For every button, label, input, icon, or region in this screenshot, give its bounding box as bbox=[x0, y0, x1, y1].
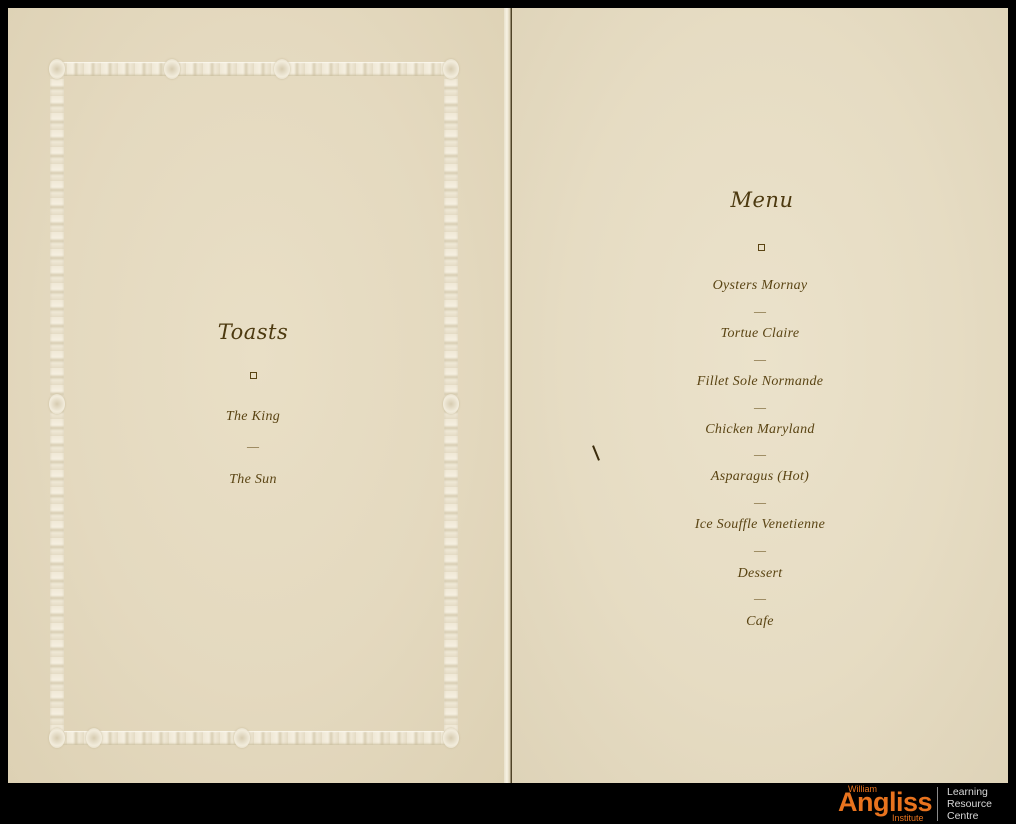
corner-rosette-icon bbox=[49, 59, 65, 79]
logo-institute-text: Institute bbox=[892, 813, 924, 823]
top-medallion-icon bbox=[164, 59, 180, 79]
menu-item: Fillet Sole Normande bbox=[512, 374, 1008, 390]
lrc-line: Learning bbox=[947, 786, 992, 798]
menu-item: Dessert bbox=[512, 566, 1008, 582]
toast-item: The Sun bbox=[4, 472, 502, 488]
lrc-line: Resource bbox=[947, 798, 992, 810]
corner-rosette-icon bbox=[49, 728, 65, 748]
square-ornament-icon bbox=[758, 244, 765, 251]
separator: — bbox=[4, 439, 502, 454]
toasts-heading: Toasts bbox=[4, 320, 502, 344]
menu-heading: Menu bbox=[514, 188, 1010, 212]
top-medallion-icon bbox=[274, 59, 290, 79]
toast-item: The King bbox=[4, 409, 502, 425]
menu-item: Cafe bbox=[512, 614, 1008, 630]
menu-item: Chicken Maryland bbox=[512, 422, 1008, 438]
separator: — bbox=[512, 304, 1008, 319]
separator: — bbox=[512, 543, 1008, 558]
menu-item: Ice Souffle Venetienne bbox=[512, 517, 1008, 533]
frame-top-border bbox=[50, 62, 458, 76]
learning-resource-centre-text: Learning Resource Centre bbox=[947, 786, 992, 822]
menu-item: Tortue Claire bbox=[512, 326, 1008, 342]
separator: — bbox=[512, 591, 1008, 606]
separator: — bbox=[512, 400, 1008, 415]
menu-card-spread: Toasts The King — The Sun Menu Oysters M… bbox=[8, 8, 1008, 783]
right-page-menu: Menu Oysters Mornay — Tortue Claire — Fi… bbox=[512, 8, 1008, 783]
lrc-line: Centre bbox=[947, 810, 992, 822]
menu-item: Asparagus (Hot) bbox=[512, 469, 1008, 485]
separator: — bbox=[512, 495, 1008, 510]
embossed-frame bbox=[50, 62, 458, 745]
separator: — bbox=[512, 447, 1008, 462]
bottom-medallion-icon bbox=[234, 728, 250, 748]
logo-divider bbox=[937, 787, 938, 821]
left-page-toasts: Toasts The King — The Sun bbox=[8, 8, 506, 783]
separator: — bbox=[512, 352, 1008, 367]
corner-rosette-icon bbox=[443, 59, 459, 79]
william-angliss-logo: William Angliss Institute Learning Resou… bbox=[836, 784, 1016, 824]
frame-bottom-border bbox=[50, 731, 458, 745]
bottom-medallion-icon bbox=[86, 728, 102, 748]
menu-item: Oysters Mornay bbox=[512, 278, 1008, 294]
square-ornament-icon bbox=[250, 372, 257, 379]
corner-rosette-icon bbox=[443, 728, 459, 748]
